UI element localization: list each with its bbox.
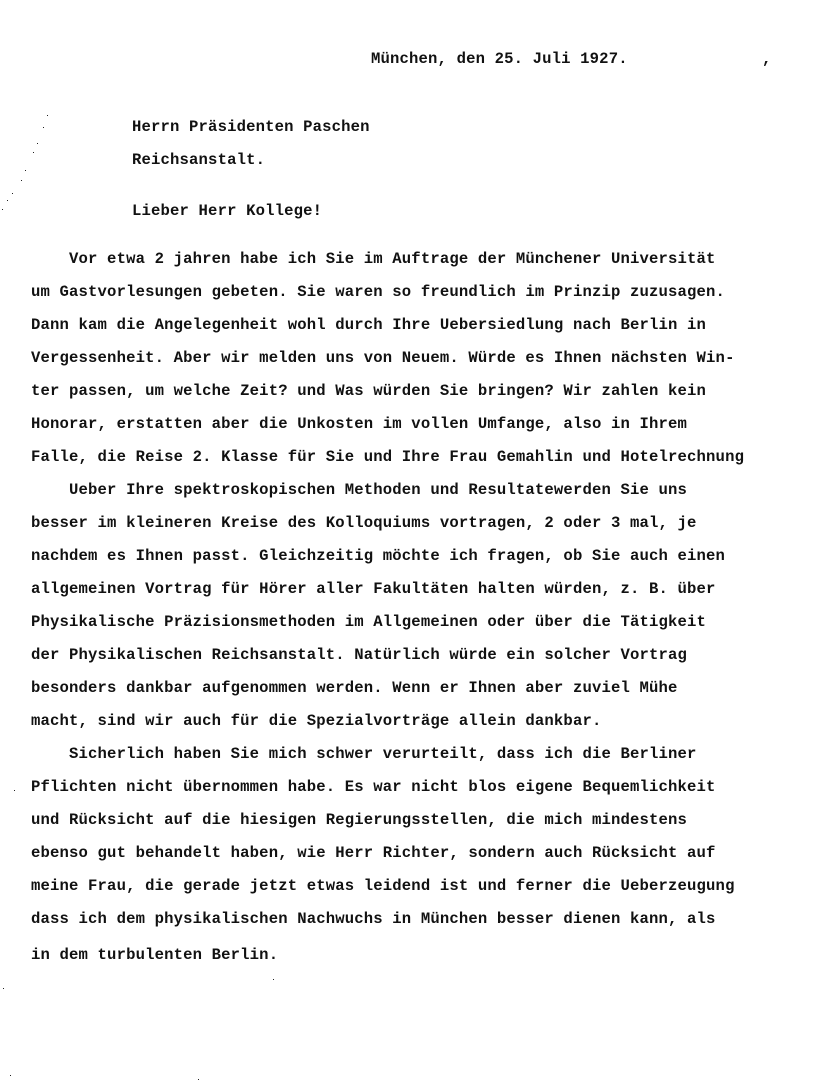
body-line: Falle, die Reise 2. Klasse für Sie und I… xyxy=(31,448,744,466)
body-line: Pflichten nicht übernommen habe. Es war … xyxy=(31,778,716,796)
dateline: München, den 25. Juli 1927. xyxy=(371,50,628,68)
speck xyxy=(2,209,3,210)
body-line: macht, sind wir auch für die Spezialvort… xyxy=(31,712,601,730)
body-line: meine Frau, die gerade jetzt etwas leide… xyxy=(31,877,735,895)
body-line: in dem turbulenten Berlin. xyxy=(31,946,278,964)
body-line: besonders dankbar aufgenommen werden. We… xyxy=(31,679,678,697)
body-line: allgemeinen Vortrag für Hörer aller Faku… xyxy=(31,580,716,598)
body-line: besser im kleineren Kreise des Kolloquiu… xyxy=(31,514,697,532)
speck xyxy=(12,193,13,194)
speck xyxy=(37,143,38,144)
body-line: und Rücksicht auf die hiesigen Regierung… xyxy=(31,811,687,829)
speck xyxy=(25,170,26,171)
speck xyxy=(198,1079,199,1080)
dateline-mark: , xyxy=(762,50,772,68)
body-line: Honorar, erstatten aber die Unkosten im … xyxy=(31,415,687,433)
body-line: Physikalische Präzisionsmethoden im Allg… xyxy=(31,613,706,631)
recipient-institution: Reichsanstalt. xyxy=(132,151,265,169)
speck xyxy=(7,200,8,201)
speck xyxy=(43,127,44,128)
body-line: der Physikalischen Reichsanstalt. Natürl… xyxy=(31,646,687,664)
body-line: ter passen, um welche Zeit? und Was würd… xyxy=(31,382,706,400)
speck xyxy=(14,790,15,791)
speck xyxy=(21,180,22,181)
speck xyxy=(3,988,4,989)
body-line: dass ich dem physikalischen Nachwuchs in… xyxy=(31,910,716,928)
salutation: Lieber Herr Kollege! xyxy=(132,202,322,220)
body-line: ebenso gut behandelt haben, wie Herr Ric… xyxy=(31,844,716,862)
speck xyxy=(10,1075,11,1076)
speck xyxy=(273,979,274,980)
body-line: um Gastvorlesungen gebeten. Sie waren so… xyxy=(31,283,725,301)
body-line: Vergessenheit. Aber wir melden uns von N… xyxy=(31,349,735,367)
recipient-name: Herrn Präsidenten Paschen xyxy=(132,118,370,136)
speck xyxy=(47,115,48,116)
speck xyxy=(33,152,34,153)
body-line: Ueber Ihre spektroskopischen Methoden un… xyxy=(31,481,687,499)
body-line: Dann kam die Angelegenheit wohl durch Ih… xyxy=(31,316,706,334)
body-line: nachdem es Ihnen passt. Gleichzeitig möc… xyxy=(31,547,725,565)
body-line: Sicherlich haben Sie mich schwer verurte… xyxy=(31,745,697,763)
letter-page: München, den 25. Juli 1927. , Herrn Präs… xyxy=(0,0,831,1085)
body-line: Vor etwa 2 jahren habe ich Sie im Auftra… xyxy=(31,250,716,268)
